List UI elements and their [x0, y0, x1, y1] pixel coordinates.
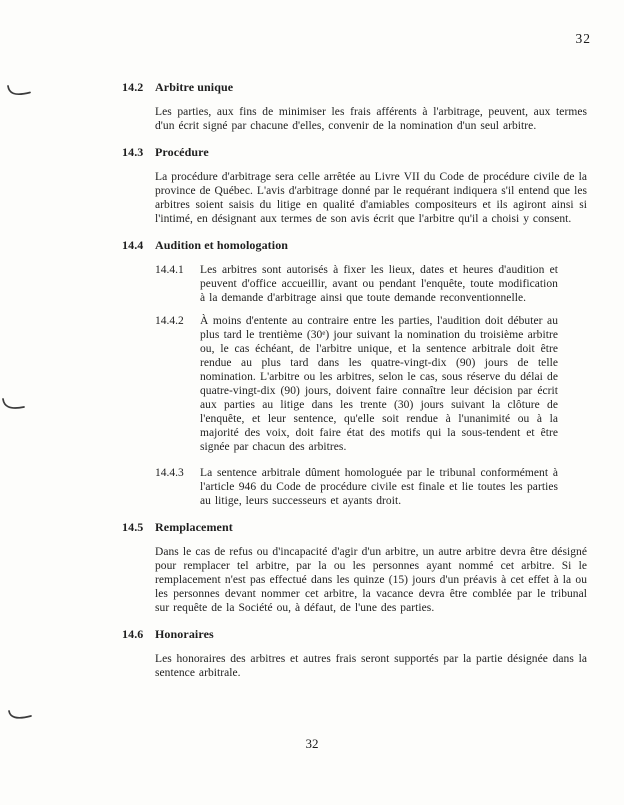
section-heading: 14.2 Arbitre unique [122, 80, 584, 94]
section-arbitre-unique: 14.2 Arbitre unique Les parties, aux fin… [122, 80, 584, 133]
section-title: Honoraires [155, 627, 584, 641]
section-audition-et-homologation: 14.4 Audition et homologation 14.4.1 Les… [122, 238, 584, 508]
subsection: 14.4.3 La sentence arbitrale dûment homo… [155, 466, 584, 508]
section-heading: 14.4 Audition et homologation [122, 238, 584, 252]
scanned-document-page: 32 14.2 Arbitre unique Les parties, aux … [0, 0, 624, 805]
section-number: 14.3 [122, 145, 155, 159]
section-honoraires: 14.6 Honoraires Les honoraires des arbit… [122, 627, 584, 680]
section-number: 14.6 [122, 627, 155, 641]
subsection-number: 14.4.3 [155, 466, 200, 480]
subsection: 14.4.2 À moins d'entente au contraire en… [155, 314, 584, 454]
subsection: 14.4.1 Les arbitres sont autorisés à fix… [155, 263, 584, 305]
subsection-number: 14.4.1 [155, 263, 200, 277]
section-number: 14.5 [122, 520, 155, 534]
section-number: 14.4 [122, 238, 155, 252]
section-title: Remplacement [155, 520, 584, 534]
pen-stroke-icon [0, 397, 26, 415]
page-content: 14.2 Arbitre unique Les parties, aux fin… [122, 80, 584, 690]
subsection-text: Les arbitres sont autorisés à fixer les … [200, 263, 558, 305]
section-title: Audition et homologation [155, 238, 584, 252]
section-title: Arbitre unique [155, 80, 584, 94]
section-heading: 14.5 Remplacement [122, 520, 584, 534]
subsection-number: 14.4.2 [155, 314, 200, 328]
section-remplacement: 14.5 Remplacement Dans le cas de refus o… [122, 520, 584, 615]
page-number-bottom: 32 [0, 736, 624, 752]
body-paragraph: Les parties, aux fins de minimiser les f… [155, 105, 587, 133]
section-number: 14.2 [122, 80, 155, 94]
section-heading: 14.3 Procédure [122, 145, 584, 159]
section-heading: 14.6 Honoraires [122, 627, 584, 641]
pen-stroke-icon [6, 83, 32, 101]
pen-stroke-icon [7, 707, 33, 725]
body-paragraph: Dans le cas de refus ou d'incapacité d'a… [155, 545, 587, 615]
section-procedure: 14.3 Procédure La procédure d'arbitrage … [122, 145, 584, 226]
page-number-top: 32 [576, 31, 592, 47]
section-title: Procédure [155, 145, 584, 159]
subsection-text: À moins d'entente au contraire entre les… [200, 314, 558, 454]
body-paragraph: Les honoraires des arbitres et autres fr… [155, 652, 587, 680]
subsection-text: La sentence arbitrale dûment homologuée … [200, 466, 558, 508]
body-paragraph: La procédure d'arbitrage sera celle arrê… [155, 170, 587, 226]
